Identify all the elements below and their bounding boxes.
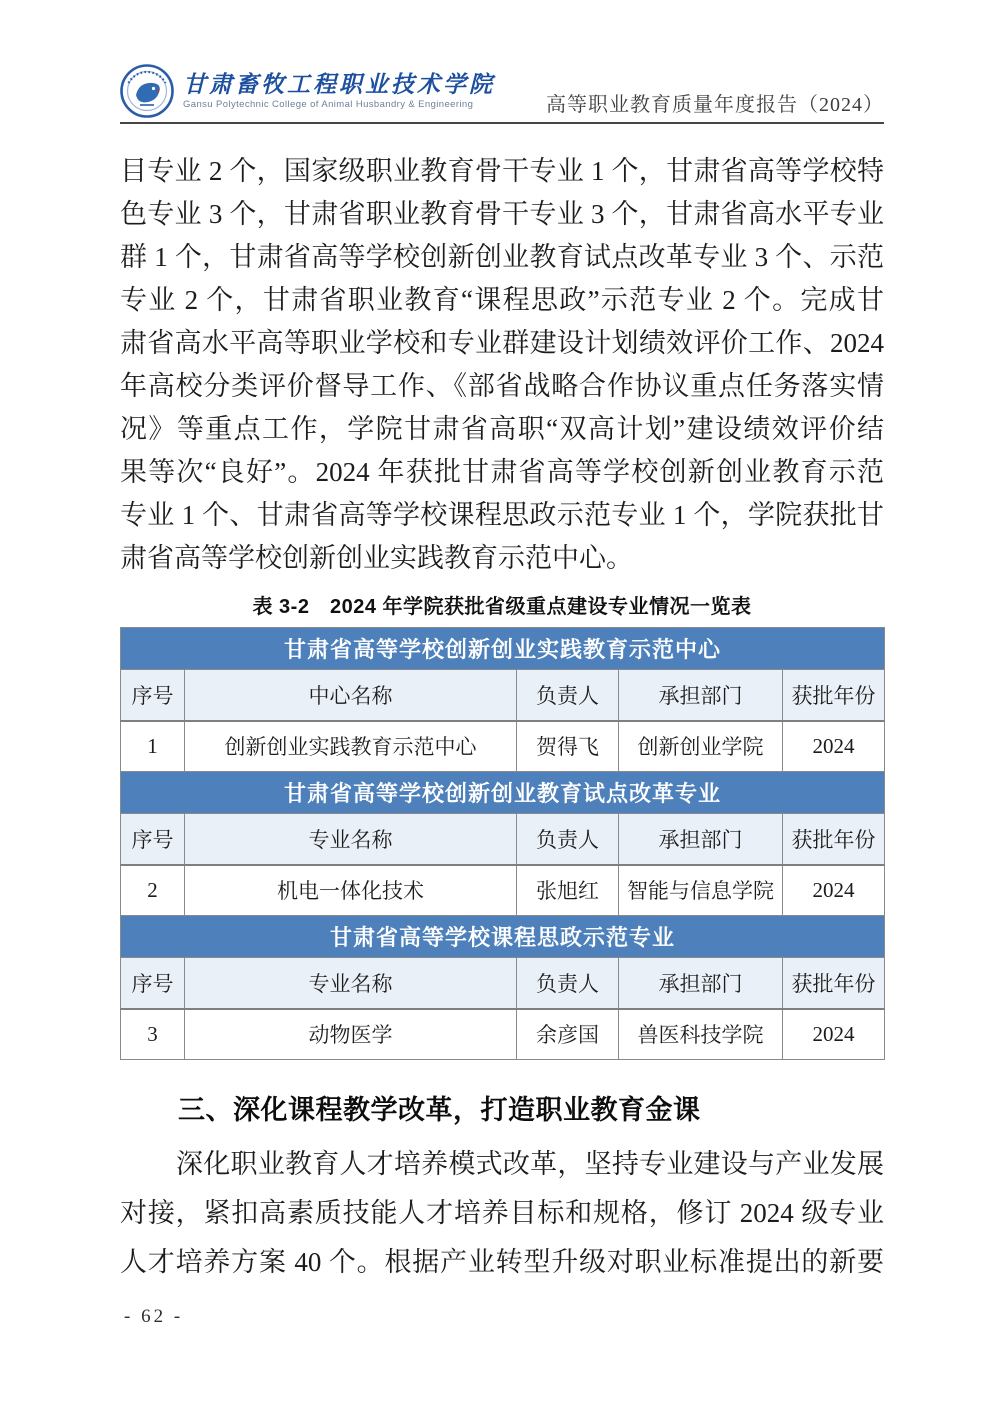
column-header: 负责人: [517, 958, 619, 1009]
table-section-title: 甘肃省高等学校创新创业实践教育示范中心: [121, 628, 885, 670]
table-section-title: 甘肃省高等学校课程思政示范专业: [121, 916, 885, 958]
table-header-row: 序号 专业名称 负责人 承担部门 获批年份: [121, 958, 885, 1009]
text-line: 人才培养方案 40 个。根据产业转型升级对职业标准提出的新要: [120, 1238, 884, 1287]
document-page: 甘肃畜牧工程职业技术学院 Gansu Polytechnic College o…: [0, 0, 1000, 1414]
text-line: 深化职业教育人才培养模式改革，坚持专业建设与产业发展: [120, 1140, 884, 1189]
column-header: 承担部门: [619, 814, 783, 865]
table-cell: 2024: [783, 721, 885, 772]
text-line: 专业 1 个、甘肃省高等学校课程思政示范专业 1 个，学院获批甘: [120, 494, 884, 537]
table-cell: 创新创业实践教育示范中心: [185, 721, 517, 772]
awards-table: 甘肃省高等学校创新创业实践教育示范中心 序号 中心名称 负责人 承担部门 获批年…: [120, 627, 885, 1060]
text-line: 对接，紧扣高素质技能人才培养目标和规格，修订 2024 级专业: [120, 1189, 884, 1238]
column-header: 中心名称: [185, 670, 517, 721]
table-cell: 2024: [783, 1009, 885, 1060]
table-cell: 智能与信息学院: [619, 865, 783, 916]
text-line: 目专业 2 个，国家级职业教育骨干专业 1 个，甘肃省高等学校特: [120, 150, 884, 193]
text-line: 况》等重点工作，学院甘肃省高职“双高计划”建设绩效评价结: [120, 408, 884, 451]
page-number: - 62 -: [124, 1306, 183, 1328]
table-section-title: 甘肃省高等学校创新创业教育试点改革专业: [121, 772, 885, 814]
table-cell: 张旭红: [517, 865, 619, 916]
text-line: 色专业 3 个，甘肃省职业教育骨干专业 3 个，甘肃省高水平专业: [120, 193, 884, 236]
body-paragraph-2: 深化职业教育人才培养模式改革，坚持专业建设与产业发展 对接，紧扣高素质技能人才培…: [120, 1140, 884, 1287]
table-cell: 贺得飞: [517, 721, 619, 772]
text-line: 肃省高水平高等职业学校和专业群建设计划绩效评价工作、2024: [120, 322, 884, 365]
college-name-en: Gansu Polytechnic College of Animal Husb…: [183, 100, 495, 110]
column-header: 专业名称: [185, 814, 517, 865]
table-section-band: 甘肃省高等学校创新创业实践教育示范中心: [121, 628, 885, 670]
column-header: 获批年份: [783, 958, 885, 1009]
table-cell: 余彦国: [517, 1009, 619, 1060]
column-header: 专业名称: [185, 958, 517, 1009]
table-caption: 表 3-2 2024 年学院获批省级重点建设专业情况一览表: [120, 590, 884, 619]
column-header: 承担部门: [619, 670, 783, 721]
table-cell: 创新创业学院: [619, 721, 783, 772]
section-heading: 三、深化课程教学改革，打造职业教育金课: [120, 1088, 884, 1127]
table-cell: 2: [121, 865, 185, 916]
column-header: 序号: [121, 958, 185, 1009]
table-header-row: 序号 中心名称 负责人 承担部门 获批年份: [121, 670, 885, 721]
table-cell: 3: [121, 1009, 185, 1060]
college-logo: 甘肃畜牧工程职业技术学院 Gansu Polytechnic College o…: [120, 64, 495, 118]
column-header: 序号: [121, 670, 185, 721]
text-line: 群 1 个，甘肃省高等学校创新创业教育试点改革专业 3 个、示范: [120, 236, 884, 279]
column-header: 负责人: [517, 670, 619, 721]
table-header-row: 序号 专业名称 负责人 承担部门 获批年份: [121, 814, 885, 865]
column-header: 负责人: [517, 814, 619, 865]
table-section-band: 甘肃省高等学校创新创业教育试点改革专业: [121, 772, 885, 814]
page-header: 甘肃畜牧工程职业技术学院 Gansu Polytechnic College o…: [120, 58, 884, 124]
text-line: 年高校分类评价督导工作、《部省战略合作协议重点任务落实情: [120, 365, 884, 408]
table-row: 1 创新创业实践教育示范中心 贺得飞 创新创业学院 2024: [121, 721, 885, 772]
table-cell: 机电一体化技术: [185, 865, 517, 916]
table-cell: 2024: [783, 865, 885, 916]
column-header: 承担部门: [619, 958, 783, 1009]
text-line: 专业 2 个，甘肃省职业教育“课程思政”示范专业 2 个。完成甘: [120, 279, 884, 322]
column-header: 序号: [121, 814, 185, 865]
table-cell: 动物医学: [185, 1009, 517, 1060]
column-header: 获批年份: [783, 814, 885, 865]
column-header: 获批年份: [783, 670, 885, 721]
table-cell: 1: [121, 721, 185, 772]
text-line: 果等次“良好”。2024 年获批甘肃省高等学校创新创业教育示范: [120, 451, 884, 494]
college-emblem-icon: [120, 64, 174, 118]
table-row: 2 机电一体化技术 张旭红 智能与信息学院 2024: [121, 865, 885, 916]
body-paragraph-1: 目专业 2 个，国家级职业教育骨干专业 1 个，甘肃省高等学校特 色专业 3 个…: [120, 150, 884, 580]
table-cell: 兽医科技学院: [619, 1009, 783, 1060]
college-name-zh: 甘肃畜牧工程职业技术学院: [183, 72, 495, 97]
awards-table-wrap: 甘肃省高等学校创新创业实践教育示范中心 序号 中心名称 负责人 承担部门 获批年…: [120, 627, 884, 1060]
report-title: 高等职业教育质量年度报告（2024）: [546, 88, 884, 117]
table-section-band: 甘肃省高等学校课程思政示范专业: [121, 916, 885, 958]
college-name-block: 甘肃畜牧工程职业技术学院 Gansu Polytechnic College o…: [183, 72, 495, 111]
table-row: 3 动物医学 余彦国 兽医科技学院 2024: [121, 1009, 885, 1060]
text-line: 肃省高等学校创新创业实践教育示范中心。: [120, 537, 884, 580]
